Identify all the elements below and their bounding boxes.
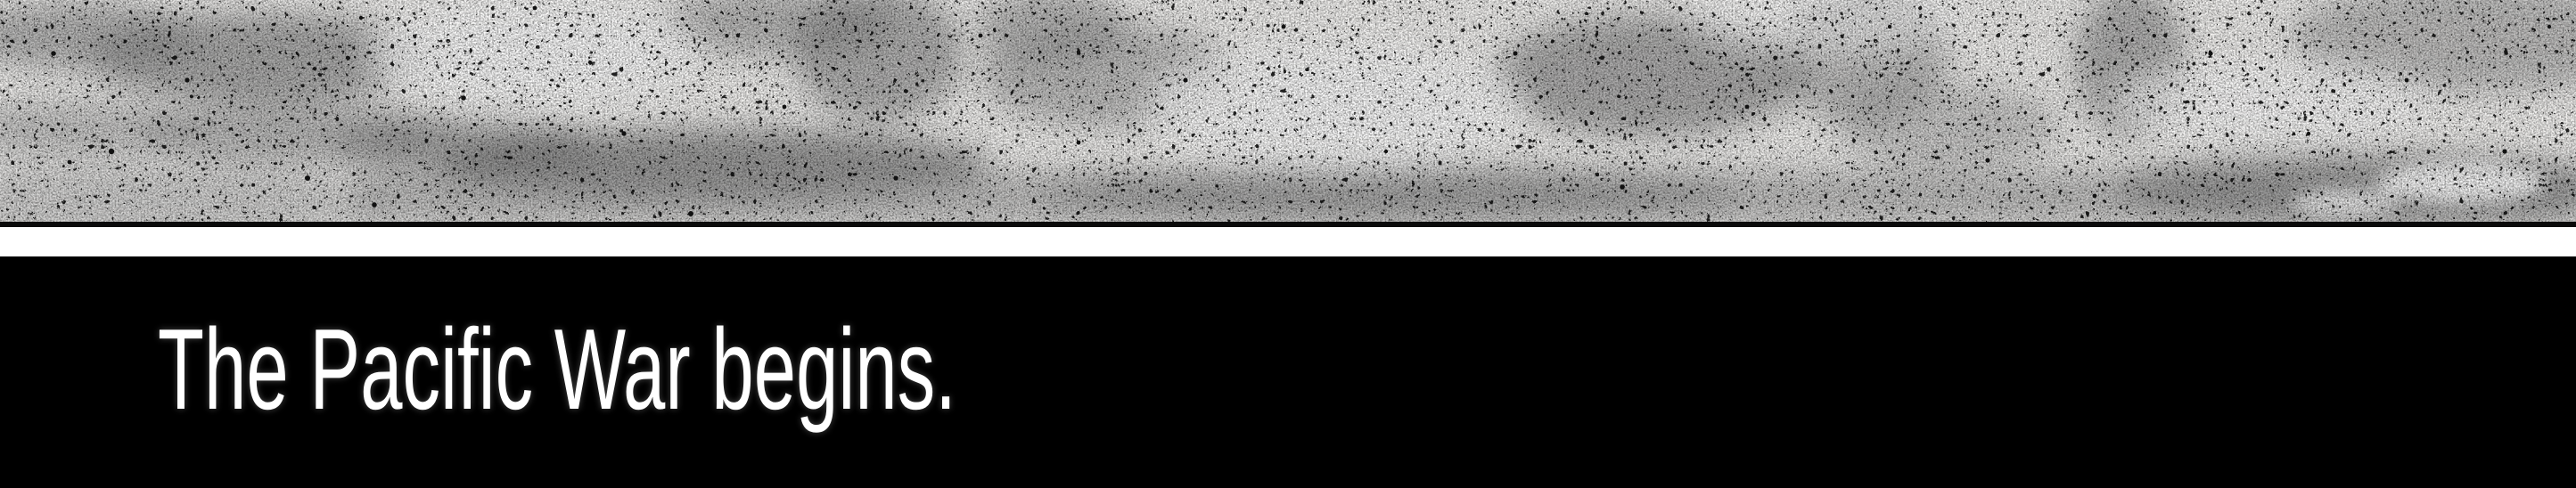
photo-art [0, 0, 2576, 222]
caption-bar: The Pacific War begins. [0, 256, 2576, 488]
war-photograph [0, 0, 2576, 222]
page: The Pacific War begins. [0, 0, 2576, 488]
caption-headline: The Pacific War begins. [158, 313, 956, 427]
white-gap [0, 227, 2576, 256]
